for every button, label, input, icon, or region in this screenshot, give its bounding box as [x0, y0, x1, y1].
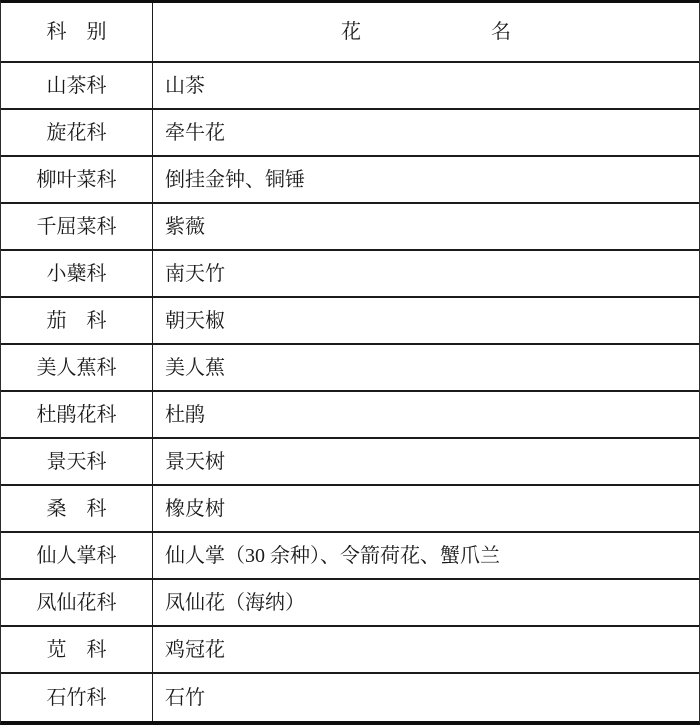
table-row: 石竹科 石竹	[1, 674, 699, 721]
family-cell: 山茶科	[1, 63, 153, 108]
flower-header-char-ming: 名	[491, 22, 511, 42]
family-cell: 苋 科	[1, 627, 153, 672]
family-cell: 凤仙花科	[1, 580, 153, 625]
flowers-cell: 牵牛花	[153, 110, 699, 155]
table-row: 千屈菜科 紫薇	[1, 204, 699, 251]
family-cell: 景天科	[1, 439, 153, 484]
flowers-cell: 仙人掌（30 余种）、令箭荷花、蟹爪兰	[153, 533, 699, 578]
flowers-cell: 景天树	[153, 439, 699, 484]
header-row: 科 别 花 名	[1, 3, 699, 63]
family-cell: 杜鹃花科	[1, 392, 153, 437]
flowers-cell: 美人蕉	[153, 345, 699, 390]
table-row: 美人蕉科 美人蕉	[1, 345, 699, 392]
family-cell: 美人蕉科	[1, 345, 153, 390]
flowers-cell: 倒挂金钟、铜锤	[153, 157, 699, 202]
flowers-cell: 橡皮树	[153, 486, 699, 531]
table-row: 茄 科 朝天椒	[1, 298, 699, 345]
family-cell: 石竹科	[1, 674, 153, 721]
table-row: 桑 科 橡皮树	[1, 486, 699, 533]
flowers-cell: 山茶	[153, 63, 699, 108]
table-row: 凤仙花科 凤仙花（海纳）	[1, 580, 699, 627]
family-cell: 小蘗科	[1, 251, 153, 296]
flower-column-header: 花 名	[153, 3, 699, 61]
table-row: 苋 科 鸡冠花	[1, 627, 699, 674]
flowers-cell: 杜鹃	[153, 392, 699, 437]
table-row: 山茶科 山茶	[1, 63, 699, 110]
flowers-cell: 鸡冠花	[153, 627, 699, 672]
table-row: 杜鹃花科 杜鹃	[1, 392, 699, 439]
flower-family-table: 科 别 花 名 山茶科 山茶 旋花科 牵牛花 柳叶菜科 倒挂金钟、铜锤 千屈菜科…	[0, 0, 700, 725]
flowers-cell: 紫薇	[153, 204, 699, 249]
family-cell: 旋花科	[1, 110, 153, 155]
family-cell: 茄 科	[1, 298, 153, 343]
family-column-header: 科 别	[1, 3, 153, 61]
table-row: 旋花科 牵牛花	[1, 110, 699, 157]
family-cell: 千屈菜科	[1, 204, 153, 249]
flowers-cell: 凤仙花（海纳）	[153, 580, 699, 625]
table-row: 小蘗科 南天竹	[1, 251, 699, 298]
family-cell: 桑 科	[1, 486, 153, 531]
table-row: 景天科 景天树	[1, 439, 699, 486]
table-row: 仙人掌科 仙人掌（30 余种）、令箭荷花、蟹爪兰	[1, 533, 699, 580]
family-cell: 柳叶菜科	[1, 157, 153, 202]
table-row: 柳叶菜科 倒挂金钟、铜锤	[1, 157, 699, 204]
flowers-cell: 南天竹	[153, 251, 699, 296]
family-cell: 仙人掌科	[1, 533, 153, 578]
flower-header-char-hua: 花	[341, 22, 361, 42]
flowers-cell: 石竹	[153, 674, 699, 721]
flowers-cell: 朝天椒	[153, 298, 699, 343]
table-body: 山茶科 山茶 旋花科 牵牛花 柳叶菜科 倒挂金钟、铜锤 千屈菜科 紫薇 小蘗科 …	[1, 63, 699, 721]
